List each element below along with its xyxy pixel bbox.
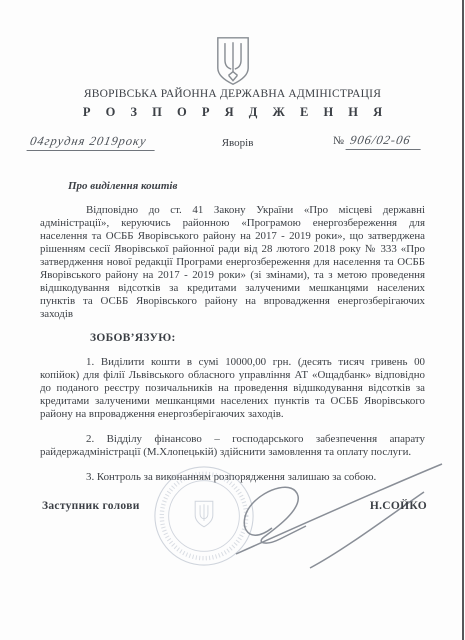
document-number: № 906/02-06 — [333, 133, 422, 150]
order-item-1: 1. Виділити кошти в сумі 10000,00 грн. (… — [40, 356, 425, 421]
document-meta-row: 04грудня 2019року Яворів № 906/02-06 — [0, 132, 465, 156]
obligation-heading: ЗОБОВ’ЯЗУЮ: — [90, 332, 465, 344]
signature-row: Заступник голови Н.СОЙКО — [42, 500, 427, 512]
scan-edge-line — [462, 0, 464, 640]
handwritten-signature — [214, 450, 450, 576]
organization-name: ЯВОРІВСЬКА РАЙОННА ДЕРЖАВНА АДМІНІСТРАЦІ… — [0, 88, 465, 100]
scanned-document-page: ЯВОРІВСЬКА РАЙОННА ДЕРЖАВНА АДМІНІСТРАЦІ… — [0, 0, 465, 640]
place-name: Яворів — [222, 137, 254, 149]
preamble-paragraph: Відповідно до ст. 41 Закону України «Про… — [40, 204, 425, 321]
handwritten-number: 906/02-06 — [345, 133, 423, 150]
subject-line: Про виділення коштів — [68, 180, 465, 192]
signer-position-title: Заступник голови — [42, 500, 140, 512]
handwritten-date: 04грудня 2019року — [27, 134, 158, 151]
document-type-title: Р О З П О Р Я Д Ж Е Н Н Я — [0, 105, 465, 120]
signer-name: Н.СОЙКО — [370, 500, 427, 512]
ukraine-trident-icon — [211, 36, 255, 86]
number-sign-label: № — [333, 135, 344, 147]
